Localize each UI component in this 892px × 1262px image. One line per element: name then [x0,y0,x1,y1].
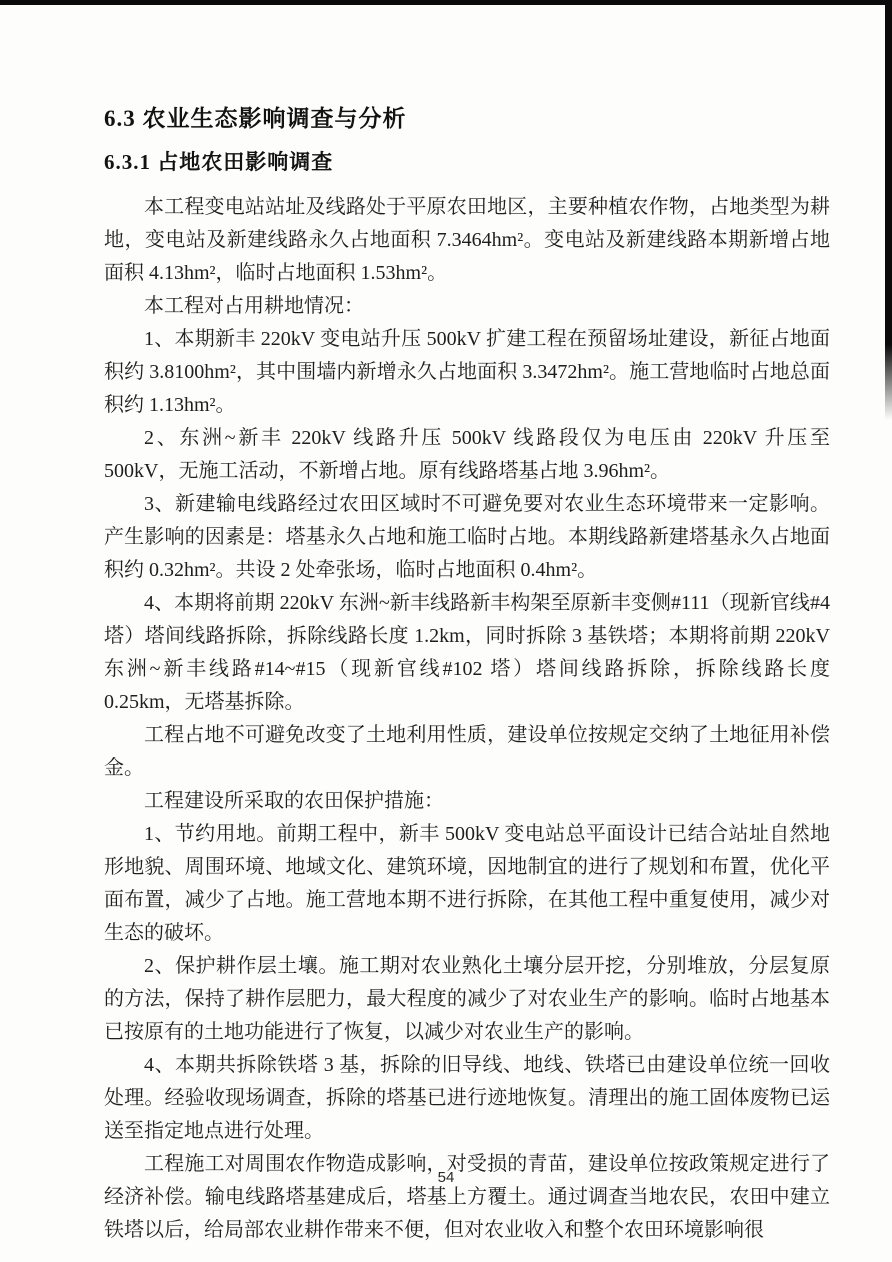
paragraph: 4、本期共拆除铁塔 3 基，拆除的旧导线、地线、铁塔已由建设单位统一回收处理。经… [104,1049,830,1148]
paragraph: 工程占地不可避免改变了土地利用性质，建设单位按规定交纳了土地征用补偿金。 [104,719,830,785]
paragraph: 3、新建输电线路经过农田区域时不可避免要对农业生态环境带来一定影响。产生影响的因… [104,488,830,587]
subsection-heading: 6.3.1 占地农田影响调查 [104,148,830,176]
paragraph: 2、保护耕作层土壤。施工期对农业熟化土壤分层开挖，分别堆放，分层复原的方法，保持… [104,950,830,1049]
document-content: 6.3 农业生态影响调查与分析 6.3.1 占地农田影响调查 本工程变电站站址及… [104,104,830,1247]
document-page: 6.3 农业生态影响调查与分析 6.3.1 占地农田影响调查 本工程变电站站址及… [0,0,892,1262]
paragraph: 工程施工对周围农作物造成影响，对受损的青苗，建设单位按政策规定进行了经济补偿。输… [104,1148,830,1247]
document-body: 本工程变电站站址及线路处于平原农田地区，主要种植农作物，占地类型为耕地，变电站及… [104,191,830,1247]
paragraph: 工程建设所采取的农田保护措施： [104,785,830,818]
paragraph: 2、东洲~新丰 220kV 线路升压 500kV 线路段仅为电压由 220kV … [104,422,830,488]
scan-artifact-right-edge [885,0,892,420]
paragraph: 本工程对占用耕地情况： [104,290,830,323]
paragraph: 1、本期新丰 220kV 变电站升压 500kV 扩建工程在预留场址建设，新征占… [104,323,830,422]
paragraph: 本工程变电站站址及线路处于平原农田地区，主要种植农作物，占地类型为耕地，变电站及… [104,191,830,290]
scan-artifact-top-edge [0,0,892,5]
section-heading: 6.3 农业生态影响调查与分析 [104,104,830,134]
page-number: 54 [0,1169,892,1186]
paragraph: 4、本期将前期 220kV 东洲~新丰线路新丰构架至原新丰变侧#111（现新官线… [104,587,830,719]
paragraph: 1、节约用地。前期工程中，新丰 500kV 变电站总平面设计已结合站址自然地形地… [104,818,830,950]
